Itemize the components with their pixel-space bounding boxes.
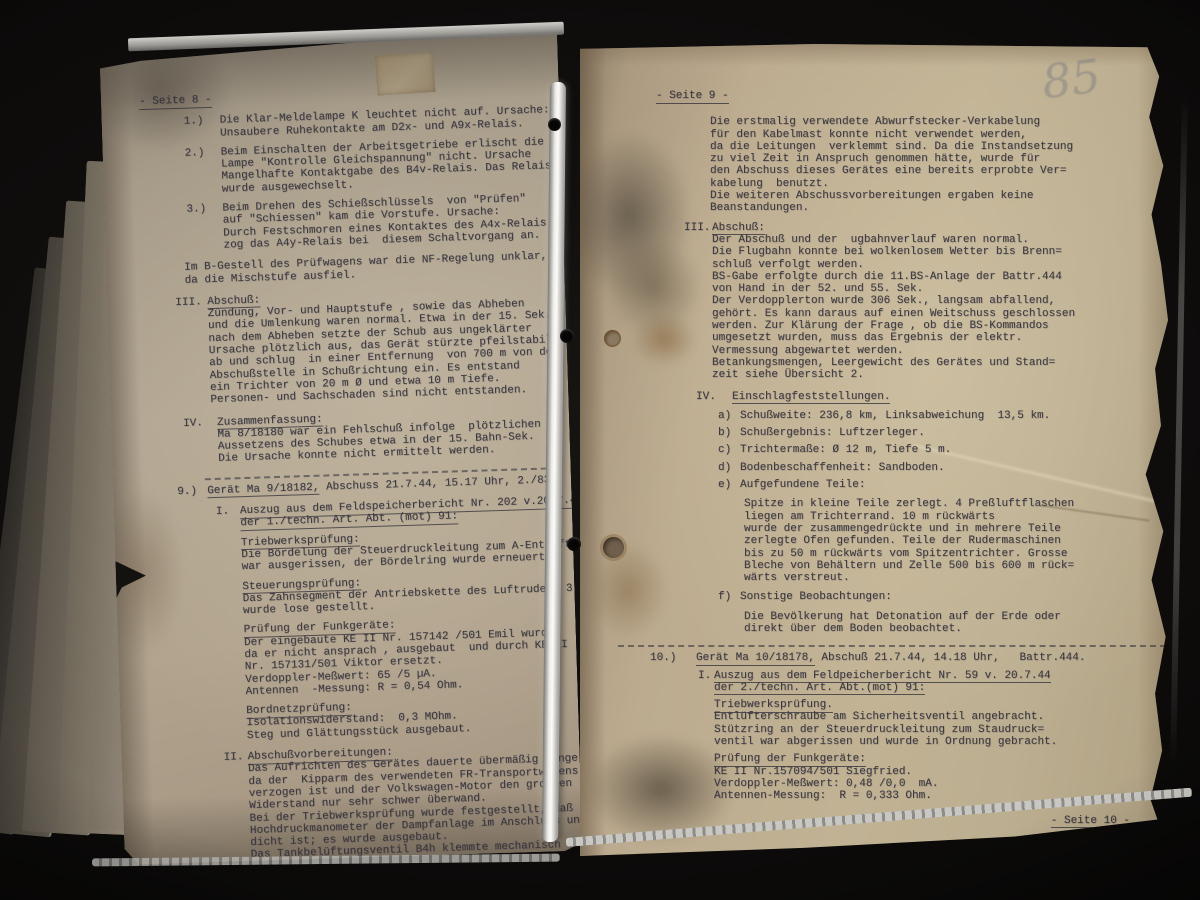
item-label: IV. bbox=[696, 391, 716, 403]
text-line: der 2./techn. Art. Abt.(mot) 91: bbox=[714, 682, 1144, 694]
text-block: 2.)Beim Einschalten der Arbeitsgetriebe … bbox=[220, 137, 537, 196]
text-block: Triebwerksprüfung.Entlüfterschraube am S… bbox=[714, 699, 1144, 748]
text-block: III.Abschuß:Zündung, Vor- und Hauptstufe… bbox=[207, 285, 544, 406]
text-block: c)Trichtermaße: Ø 12 m, Tiefe 5 m. bbox=[740, 444, 1144, 456]
text-line: zu viel Zeit in Anspruch genommen hätte,… bbox=[710, 153, 1144, 165]
heading-after-text: Abschuß 21.7.44, 14.18 Uhr, Battr.444. bbox=[815, 652, 1086, 664]
punch-hole bbox=[604, 330, 621, 347]
punch-hole bbox=[548, 118, 561, 131]
text-line: Stützring an der Steuerdruckleitung zum … bbox=[714, 724, 1144, 736]
text-line: Der Verdopplerton wurde 306 Sek., langsa… bbox=[712, 295, 1144, 307]
text-line: Die Flugbahn konnte bei wolkenlosem Wett… bbox=[712, 246, 1144, 258]
text-line: Bodenbeschaffenheit: Sandboden. bbox=[740, 462, 1144, 474]
typed-separator bbox=[618, 645, 1166, 647]
text-line: Prüfung der Funkgeräte: bbox=[714, 753, 1144, 765]
left-page: - Seite 8 -1.)Die Klar-Meldelampe K leuc… bbox=[99, 33, 582, 865]
text-line: direkt über dem Boden beobachtet. bbox=[744, 623, 1144, 635]
text-block: Die erstmalig verwendete Abwurfstecker-V… bbox=[710, 116, 1144, 214]
text-line: liegen am Trichterrand. 10 m rückwärts bbox=[744, 511, 1144, 523]
left-page-text: - Seite 8 -1.)Die Klar-Meldelampe K leuc… bbox=[99, 33, 583, 878]
text-block: 3.)Beim Drehen des Schießschlüssels von … bbox=[222, 193, 539, 252]
text-block: IV.Einschlagfeststellungen. bbox=[732, 391, 1144, 403]
text-line: werden. Zur Klärung der Frage , ob die B… bbox=[712, 320, 1144, 332]
text-block: - Seite 8 - bbox=[139, 84, 535, 109]
text-line: Schußweite: 236,8 km, Linksabweichung 13… bbox=[740, 410, 1144, 422]
item-label: b) bbox=[718, 427, 731, 439]
item-label: 2.) bbox=[184, 147, 204, 160]
text-block: III.Abschuß:Der Abschuß und der ugbahnve… bbox=[712, 222, 1144, 382]
punch-hole bbox=[603, 537, 624, 558]
text-block: e)Aufgefundene Teile: bbox=[740, 479, 1144, 491]
text-line: umgesetzt wurden, muss das Ergebnis der … bbox=[712, 332, 1144, 344]
underlined-heading: - Seite 10 - bbox=[1051, 815, 1130, 829]
punch-hole bbox=[560, 329, 574, 343]
right-page-text: - Seite 9 -Die erstmalig verwendete Abwu… bbox=[580, 44, 1168, 827]
text-line: Schußergebnis: Luftzerleger. bbox=[740, 427, 1144, 439]
item-label: c) bbox=[718, 444, 731, 456]
underlined-heading: Gerät Ma 10/18178, bbox=[696, 652, 815, 666]
item-label: d) bbox=[718, 462, 731, 474]
text-block: Im B-Gestell des Prüfwagens war die NF-R… bbox=[184, 251, 541, 287]
item-label: 9.) bbox=[177, 485, 197, 498]
text-line: BS-Gabe erfolgte durch die 11.BS-Anlage … bbox=[712, 271, 1144, 283]
text-line: Die Bevölkerung hat Detonation auf der E… bbox=[744, 611, 1144, 623]
item-label: 3.) bbox=[186, 203, 206, 216]
text-line: bis zu 50 m rückwärts vom Spitzentrichte… bbox=[744, 548, 1144, 560]
item-label: III. bbox=[684, 222, 710, 234]
text-block: IV.Zusammenfassung:Ma 8/18180 war ein Fe… bbox=[217, 406, 546, 465]
underlined-heading: - Seite 8 - bbox=[139, 94, 212, 110]
text-line: wurde der zusammengedrückte und in mehre… bbox=[744, 523, 1144, 535]
text-block: f)Sonstige Beobachtungen: bbox=[740, 591, 1144, 603]
text-block: Spitze in kleine Teile zerlegt. 4 Preßlu… bbox=[744, 498, 1144, 584]
sleeve-right-edge bbox=[1170, 95, 1188, 765]
item-label: IV. bbox=[183, 417, 203, 430]
text-line: schluß verfolgt werden. bbox=[712, 259, 1144, 271]
underlined-heading: der 2./techn. Art. Abt.(mot) 91: bbox=[714, 682, 925, 696]
text-line: ventil war abgerissen und wurde in Ordnu… bbox=[714, 736, 1144, 748]
text-line: Die erstmalig verwendete Abwurfstecker-V… bbox=[710, 116, 1144, 128]
text-line: da die Leitungen verklemmt sind. Da die … bbox=[710, 141, 1144, 153]
text-line: Auszug aus dem Feldpeicherbericht Nr. 59… bbox=[714, 670, 1144, 682]
text-line: - Seite 8 - bbox=[139, 84, 535, 109]
text-block: Triebwerksprüfung:Die Bördelung der Steu… bbox=[241, 527, 550, 574]
item-label: e) bbox=[718, 479, 731, 491]
text-block: I.Auszug aus dem Feldpeicherbericht Nr. … bbox=[714, 670, 1144, 695]
underlined-heading: - Seite 9 - bbox=[656, 90, 729, 104]
text-line: Spitze in kleine Teile zerlegt. 4 Preßlu… bbox=[744, 498, 1144, 510]
text-line: Trichtermaße: Ø 12 m, Tiefe 5 m. bbox=[740, 444, 1144, 456]
text-block: Prüfung der Funkgeräte:KE II Nr.157094/5… bbox=[714, 753, 1144, 802]
text-line: Sonstige Beobachtungen: bbox=[740, 591, 1144, 603]
text-block: Die Bevölkerung hat Detonation auf der E… bbox=[744, 611, 1144, 636]
text-line: zerlegte Ofen gefunden. Teile der Ruderm… bbox=[744, 535, 1144, 547]
text-line: Vermessung abgewartet werden. bbox=[712, 345, 1144, 357]
text-block: 10.)Gerät Ma 10/18178, Abschuß 21.7.44, … bbox=[696, 652, 1144, 664]
text-line: Verdoppler-Meßwert: 0,48 /0,0 mA. bbox=[714, 778, 1144, 790]
text-block: I.Auszug aus dem Feldspeicherbericht Nr.… bbox=[240, 496, 549, 530]
text-line: wärts verstreut. bbox=[744, 572, 1144, 584]
text-line: Beanstandungen. bbox=[710, 202, 1144, 214]
text-line: Entlüfterschraube am Sicherheitsventil a… bbox=[714, 711, 1144, 723]
text-line: den Abschuss dieses Gerätes eine bereits… bbox=[710, 165, 1144, 177]
text-block: Prüfung der Funkgeräte:Der eingebaute KE… bbox=[243, 615, 553, 698]
punch-hole bbox=[567, 537, 581, 551]
text-line: kabelung benutzt. bbox=[710, 178, 1144, 190]
text-block: Steuerungsprüfung:Das Zahnsegment der An… bbox=[242, 571, 551, 618]
item-label: f) bbox=[718, 591, 731, 603]
text-block: 1.)Die Klar-Meldelampe K leuchtet nicht … bbox=[219, 105, 536, 140]
pencil-page-number: 85 bbox=[1039, 49, 1104, 110]
item-label: I. bbox=[216, 506, 230, 519]
item-label: III. bbox=[175, 296, 202, 309]
item-label: I. bbox=[698, 670, 711, 682]
text-line: zeit siehe Übersicht 2. bbox=[712, 369, 1144, 381]
text-line: KE II Nr.157094/501 Siegfried. bbox=[714, 766, 1144, 778]
item-label: 1.) bbox=[183, 115, 203, 128]
text-line: Aufgefundene Teile: bbox=[740, 479, 1144, 491]
text-line: Der Abschuß und der ugbahnverlauf waren … bbox=[712, 234, 1144, 246]
text-line: Bleche von Behältern und Zelle 500 bis 6… bbox=[744, 560, 1144, 572]
photo-of-binder-documents: - Seite 8 -1.)Die Klar-Meldelampe K leuc… bbox=[0, 0, 1200, 900]
item-label: II. bbox=[223, 751, 243, 764]
text-line: Abschuß: bbox=[712, 222, 1144, 234]
text-block: d)Bodenbeschaffenheit: Sandboden. bbox=[740, 462, 1144, 474]
item-label: 10.) bbox=[650, 652, 676, 664]
item-label: a) bbox=[718, 410, 731, 422]
heading-after-text: Abschuss 21.7.44, 15.17 Uhr, 2./836. bbox=[319, 474, 564, 494]
text-block: a)Schußweite: 236,8 km, Linksabweichung … bbox=[740, 410, 1144, 422]
underlined-heading: Einschlagfeststellungen. bbox=[732, 391, 890, 405]
text-line: Gerät Ma 10/18178, Abschuß 21.7.44, 14.1… bbox=[696, 652, 1144, 664]
text-line: von Hand in der 52. und 55. Sek. bbox=[712, 283, 1144, 295]
text-line: für den Kabelmast konnte nicht verwendet… bbox=[710, 129, 1144, 141]
underlined-heading: Prüfung der Funkgeräte: bbox=[714, 753, 866, 767]
text-line: gehört. Es kann daraus auf einen Weitsch… bbox=[712, 308, 1144, 320]
underlined-heading: Gerät Ma 9/18182, bbox=[207, 481, 320, 498]
text-block: Bordnetzprüfung:Isolationswiderstand: 0,… bbox=[246, 696, 555, 743]
text-line: Einschlagfeststellungen. bbox=[732, 391, 1144, 403]
right-page: - Seite 9 -Die erstmalig verwendete Abwu… bbox=[580, 44, 1168, 856]
text-line: Betankungsmengen, Leergewicht des Geräte… bbox=[712, 357, 1144, 369]
text-line: Die weiteren Abschussvorbereitungen erga… bbox=[710, 190, 1144, 202]
text-line: Triebwerksprüfung. bbox=[714, 699, 1144, 711]
text-block: b)Schußergebnis: Luftzerleger. bbox=[740, 427, 1144, 439]
